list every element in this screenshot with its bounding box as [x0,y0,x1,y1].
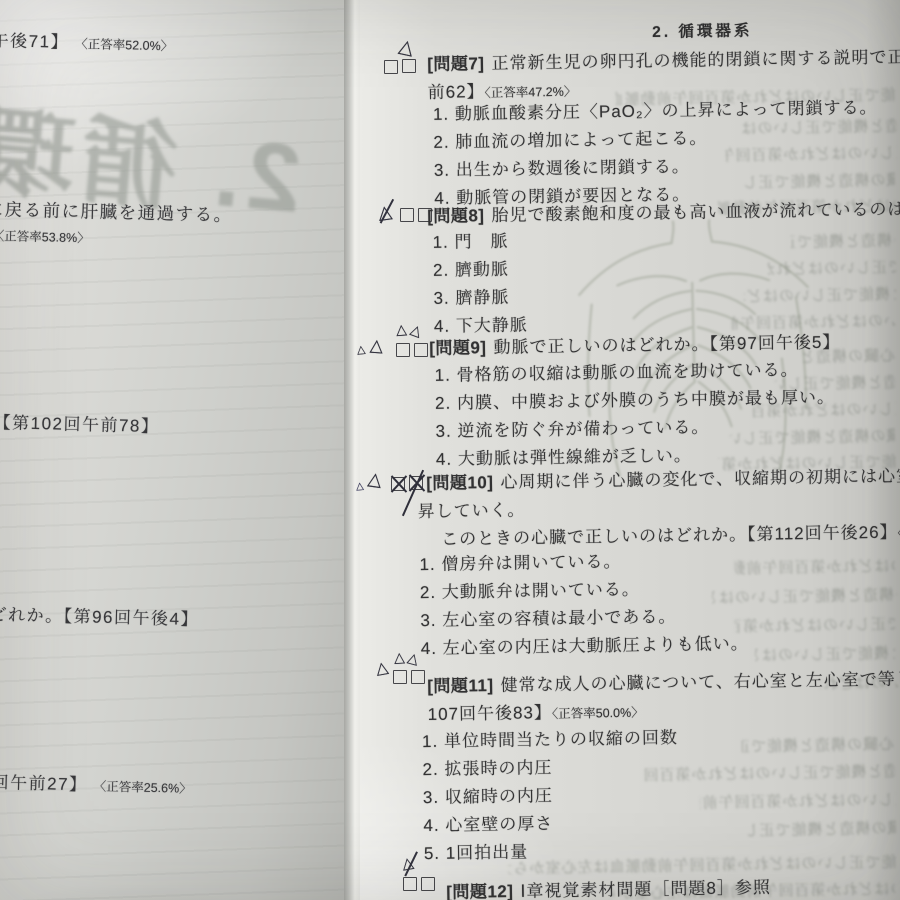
question-stem: 心周期に伴う心臓の変化で、収縮期の初期には心室の容積は [500,465,900,492]
pen-triangle-mark: △ [356,345,366,357]
fragment-text: 午後71】 [0,31,69,52]
question-label: [問題11] [427,676,494,696]
left-fragment-question-end: どれか。【第96回午後4】 [0,600,199,630]
answer-checkbox [421,877,435,891]
pen-triangle-crossed-mark: △ [401,855,415,872]
question-label: [問題12] [446,882,514,900]
question-stem: 健常な成人の心臓について、右心室と左心室で等しいのは [500,669,900,695]
pen-triangle-mark: △ [356,482,365,493]
left-fragment-exam-ref: 午後71】 〈正答率52.0%〉 [0,26,174,55]
pen-triangle-mark: △ [375,660,390,678]
lighting-shadow [0,0,348,900]
question-block-11: [問題11]健常な成人の心臓について、右心室と左心室で等しいのは 107回午後8… [427,664,900,867]
fragment-text: 回午前27】 [0,773,88,794]
correct-rate: 〈正答率52.0%〉 [75,37,173,53]
answer-checkbox [384,60,398,74]
pen-triangle-mark: △ [396,322,408,337]
answer-checkbox [403,877,417,891]
answer-checkbox [400,208,414,222]
book-photo: 2. 循環 午後71】 〈正答率52.0%〉 に戻る前に肝臓を通過する。 〈正答… [0,0,900,900]
left-fragment-exam-ref: 回午前27】 〈正答率25.6%〉 [0,768,192,798]
pen-triangle-crossed-mark: △ [377,202,393,222]
question-block-10: [問題10]心周期に伴う心臓の変化で、収縮期の初期には心室の容積は 昇していく。… [426,460,900,662]
pen-triangle-mark: △ [369,337,383,355]
question-label: [問題8] [427,206,485,226]
question-stem-continuation: 107回午後83】 [428,703,553,724]
answer-checkbox [414,343,428,357]
answer-checkbox [402,59,416,73]
answer-checkbox-crossed [391,477,405,491]
question-block-12: [問題12]Ⅰ章視覚素材問題［問題8］参照 [446,873,771,900]
question-stem: 動脈で正しいのはどれか。【第97回午後5】 [493,333,840,357]
question-label: [問題9] [429,338,487,358]
question-stem: Ⅰ章視覚素材問題［問題8］参照 [520,878,771,900]
left-page: 2. 循環 [0,0,348,900]
correct-rate: 〈正答率50.0%〉 [552,706,644,721]
answer-checkbox [396,343,410,357]
question-stem: 正常新生児の卵円孔の機能的閉鎖に関する説明で正しいのはどれか [491,46,900,73]
left-fragment-correct-rate: 〈正答率53.8%〉 [0,226,90,246]
book-gutter [344,0,360,900]
question-block-9: [問題9]動脈で正しいのはどれか。【第97回午後5】 1. 骨格筋の収縮は動脈の… [429,328,842,473]
left-fragment-exam-ref: 【第102回午前78】 [0,408,160,437]
answer-checkbox [393,670,407,684]
question-label: [問題7] [427,54,485,74]
pen-triangle-mark: △ [394,650,405,665]
correct-rate: 〈正答率25.6%〉 [94,779,192,795]
page-running-head: 2. 循環器系 [652,18,753,42]
question-block-8: [問題8]胎児で酸素飽和度の最も高い血液が流れているのはどれか。【第9 1. 門… [427,193,900,340]
answer-checkbox [411,670,425,684]
pen-triangle-mark: △ [367,469,383,489]
question-label: [問題10] [426,473,494,493]
question-block-7: [問題7]正常新生児の卵円孔の機能的閉鎖に関する説明で正しいのはどれか 前62】… [427,41,900,212]
